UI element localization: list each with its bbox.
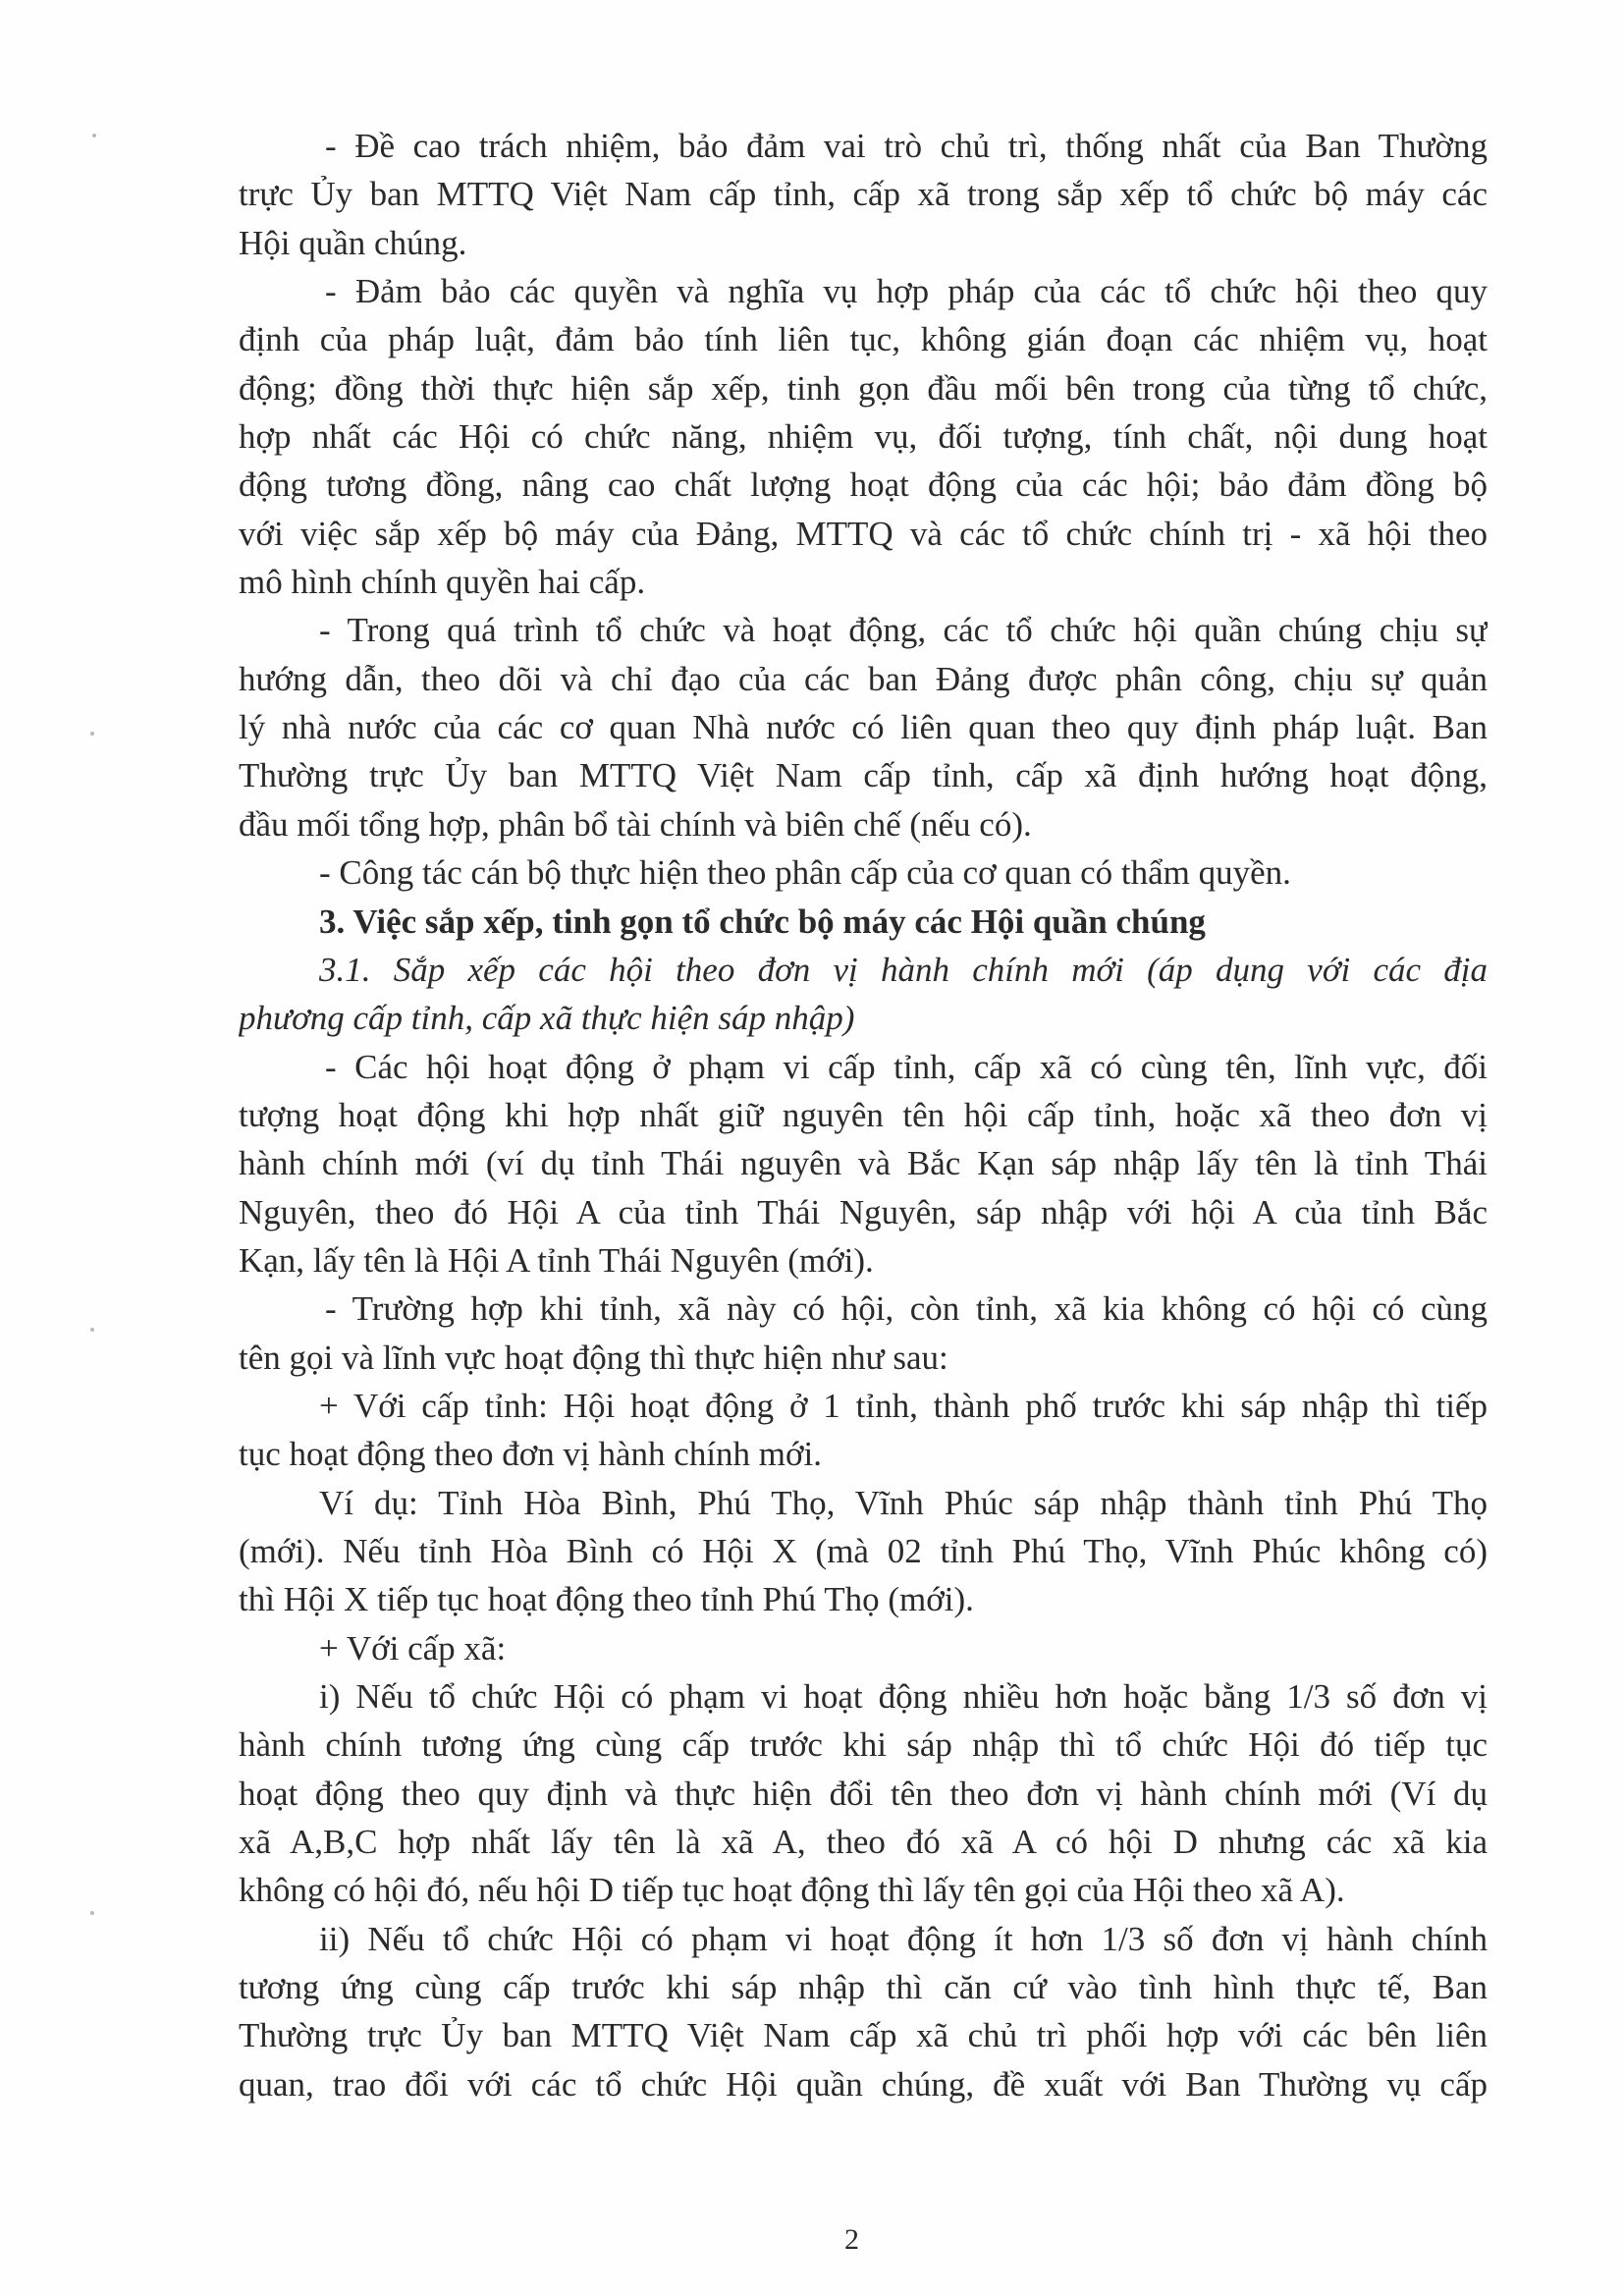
text-line: định của pháp luật, đảm bảo tính liên tụ… bbox=[239, 315, 1488, 363]
text-line: Ví dụ: Tỉnh Hòa Bình, Phú Thọ, Vĩnh Phúc… bbox=[239, 1479, 1488, 1527]
subsection-heading: 3.1. Sắp xếp các hội theo đơn vị hành ch… bbox=[239, 946, 1488, 1043]
text-line: tượng hoạt động khi hợp nhất giữ nguyên … bbox=[239, 1091, 1488, 1139]
paragraph: - Trường hợp khi tỉnh, xã này có hội, cò… bbox=[239, 1285, 1488, 1382]
text-line: động tương đồng, nâng cao chất lượng hoạ… bbox=[239, 461, 1488, 509]
paragraph: - Các hội hoạt động ở phạm vi cấp tỉnh, … bbox=[239, 1043, 1488, 1285]
page-number: 2 bbox=[844, 2223, 859, 2257]
text-line: - Đề cao trách nhiệm, bảo đảm vai trò ch… bbox=[239, 122, 1488, 170]
text-line: tương ứng cùng cấp trước khi sáp nhập th… bbox=[239, 1963, 1488, 2011]
text-line: Kạn, lấy tên là Hội A tỉnh Thái Nguyên (… bbox=[239, 1236, 1488, 1285]
heading-text: 3. Việc sắp xếp, tinh gọn tổ chức bộ máy… bbox=[239, 898, 1488, 946]
document-page: - Đề cao trách nhiệm, bảo đảm vai trò ch… bbox=[0, 0, 1624, 2296]
text-line: động; đồng thời thực hiện sắp xếp, tinh … bbox=[239, 364, 1488, 412]
paragraph: - Đảm bảo các quyền và nghĩa vụ hợp pháp… bbox=[239, 267, 1488, 606]
text-line: lý nhà nước của các cơ quan Nhà nước có … bbox=[239, 703, 1488, 751]
scan-speck bbox=[90, 1328, 94, 1332]
text-line: xã A,B,C hợp nhất lấy tên là xã A, theo … bbox=[239, 1818, 1488, 1866]
text-line: - Công tác cán bộ thực hiện theo phân cấ… bbox=[239, 848, 1488, 897]
text-line: trực Ủy ban MTTQ Việt Nam cấp tỉnh, cấp … bbox=[239, 170, 1488, 218]
text-line: thì Hội X tiếp tục hoạt động theo tỉnh P… bbox=[239, 1575, 1488, 1623]
text-line: + Với cấp tỉnh: Hội hoạt động ở 1 tỉnh, … bbox=[239, 1382, 1488, 1430]
text-line: - Các hội hoạt động ở phạm vi cấp tỉnh, … bbox=[239, 1043, 1488, 1091]
text-line: với việc sắp xếp bộ máy của Đảng, MTTQ v… bbox=[239, 510, 1488, 558]
text-line: Nguyên, theo đó Hội A của tỉnh Thái Nguy… bbox=[239, 1188, 1488, 1236]
document-body: - Đề cao trách nhiệm, bảo đảm vai trò ch… bbox=[239, 122, 1488, 2108]
subheading-text: 3.1. Sắp xếp các hội theo đơn vị hành ch… bbox=[239, 946, 1488, 994]
text-line: Hội quần chúng. bbox=[239, 219, 1488, 267]
text-line: - Đảm bảo các quyền và nghĩa vụ hợp pháp… bbox=[239, 267, 1488, 315]
scan-speck bbox=[92, 134, 96, 137]
scan-speck bbox=[90, 732, 94, 736]
paragraph: - Công tác cán bộ thực hiện theo phân cấ… bbox=[239, 848, 1488, 897]
text-line: hoạt động theo quy định và thực hiện đổi… bbox=[239, 1770, 1488, 1818]
text-line: Thường trực Ủy ban MTTQ Việt Nam cấp xã … bbox=[239, 2011, 1488, 2059]
text-line: hành chính tương ứng cùng cấp trước khi … bbox=[239, 1721, 1488, 1769]
text-line: mô hình chính quyền hai cấp. bbox=[239, 558, 1488, 606]
text-line: - Trong quá trình tổ chức và hoạt động, … bbox=[239, 606, 1488, 654]
text-line: - Trường hợp khi tỉnh, xã này có hội, cò… bbox=[239, 1285, 1488, 1333]
paragraph: Ví dụ: Tỉnh Hòa Bình, Phú Thọ, Vĩnh Phúc… bbox=[239, 1479, 1488, 1624]
text-line: i) Nếu tổ chức Hội có phạm vi hoạt động … bbox=[239, 1672, 1488, 1721]
text-line: Thường trực Ủy ban MTTQ Việt Nam cấp tỉn… bbox=[239, 751, 1488, 799]
text-line: hành chính mới (ví dụ tỉnh Thái nguyên v… bbox=[239, 1139, 1488, 1187]
text-line: đầu mối tổng hợp, phân bổ tài chính và b… bbox=[239, 800, 1488, 848]
paragraph: - Trong quá trình tổ chức và hoạt động, … bbox=[239, 606, 1488, 848]
paragraph: + Với cấp tỉnh: Hội hoạt động ở 1 tỉnh, … bbox=[239, 1382, 1488, 1479]
text-line: tên gọi và lĩnh vực hoạt động thì thực h… bbox=[239, 1334, 1488, 1382]
section-heading: 3. Việc sắp xếp, tinh gọn tổ chức bộ máy… bbox=[239, 898, 1488, 946]
paragraph: i) Nếu tổ chức Hội có phạm vi hoạt động … bbox=[239, 1672, 1488, 1915]
subheading-text: phương cấp tỉnh, cấp xã thực hiện sáp nh… bbox=[239, 994, 1488, 1042]
text-line: tục hoạt động theo đơn vị hành chính mới… bbox=[239, 1430, 1488, 1478]
text-line: ii) Nếu tổ chức Hội có phạm vi hoạt động… bbox=[239, 1915, 1488, 1963]
text-line: hướng dẫn, theo dõi và chỉ đạo của các b… bbox=[239, 655, 1488, 703]
paragraph: ii) Nếu tổ chức Hội có phạm vi hoạt động… bbox=[239, 1915, 1488, 2108]
paragraph: + Với cấp xã: bbox=[239, 1624, 1488, 1672]
text-line: (mới). Nếu tỉnh Hòa Bình có Hội X (mà 02… bbox=[239, 1527, 1488, 1575]
text-line: quan, trao đổi với các tổ chức Hội quần … bbox=[239, 2060, 1488, 2108]
scan-speck bbox=[90, 1911, 94, 1915]
text-line: + Với cấp xã: bbox=[239, 1624, 1488, 1672]
text-line: không có hội đó, nếu hội D tiếp tục hoạt… bbox=[239, 1866, 1488, 1914]
paragraph: - Đề cao trách nhiệm, bảo đảm vai trò ch… bbox=[239, 122, 1488, 267]
text-line: hợp nhất các Hội có chức năng, nhiệm vụ,… bbox=[239, 412, 1488, 461]
